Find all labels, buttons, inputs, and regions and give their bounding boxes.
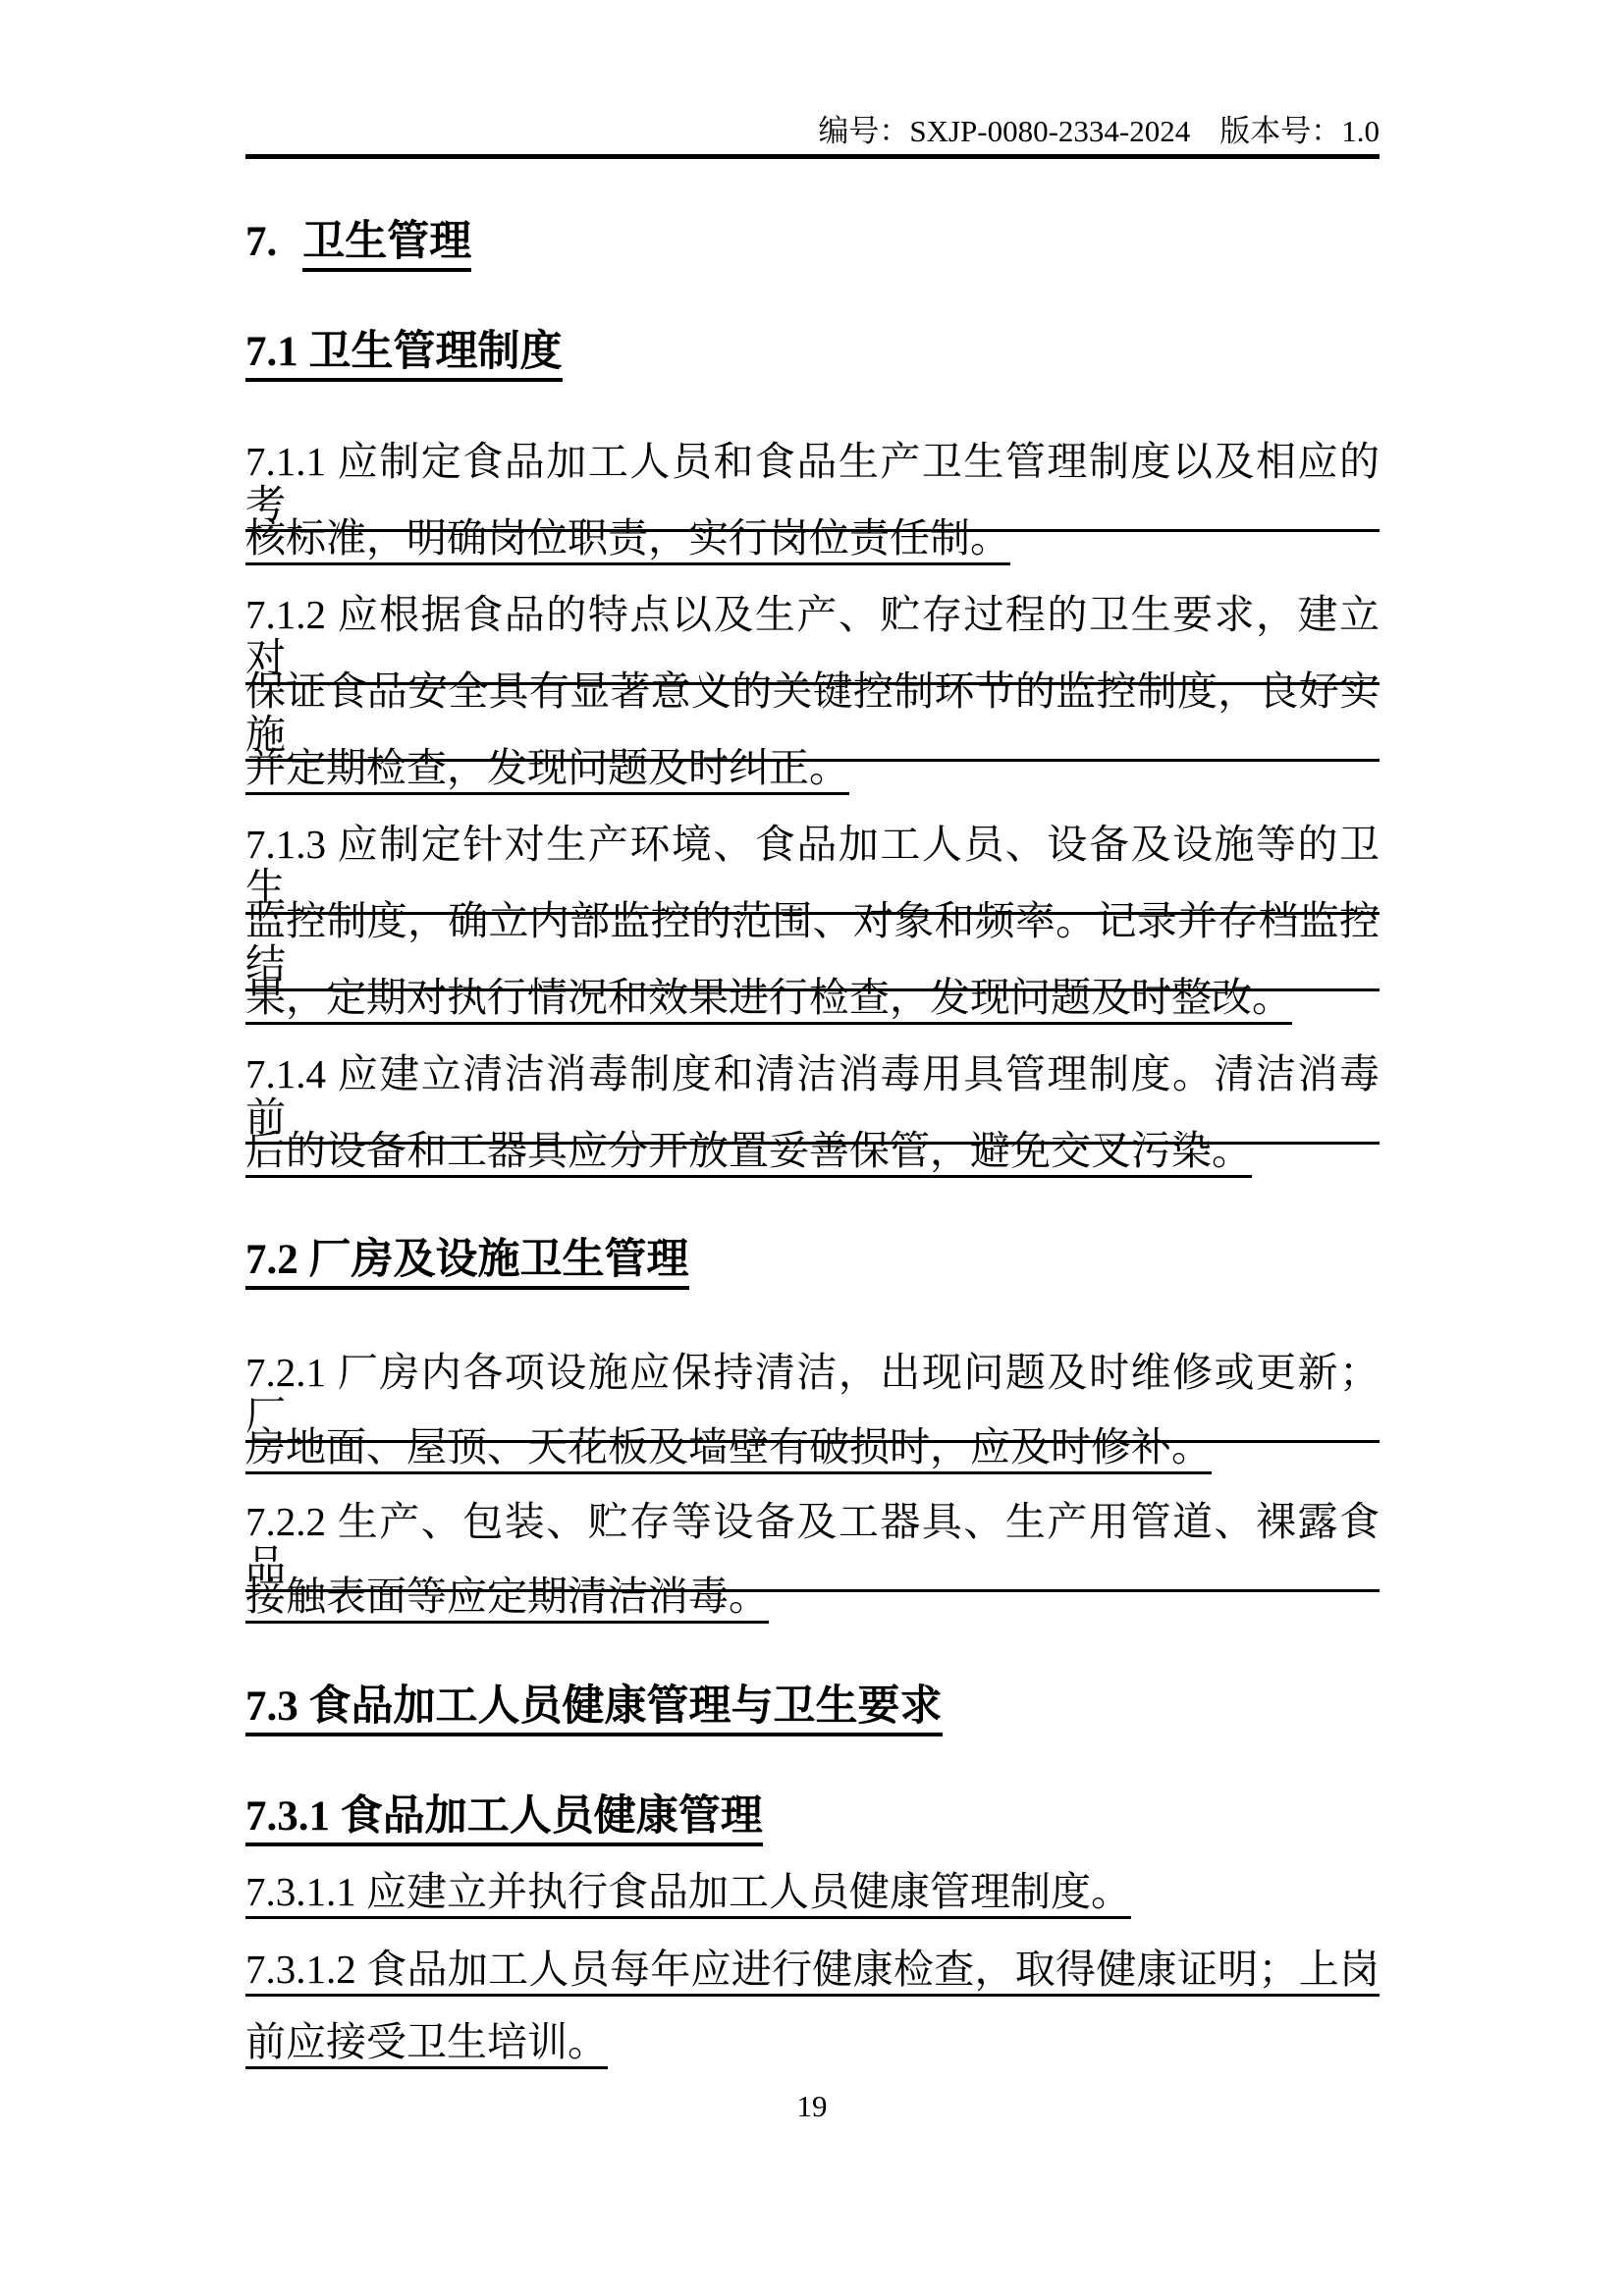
heading-7-3-1: 7.3.1 食品加工人员健康管理 bbox=[245, 1794, 763, 1846]
heading-7-title: 卫生管理 bbox=[302, 220, 471, 272]
para-7-1-3-line-3: 果，定期对执行情况和效果进行检查，发现问题及时整改。 bbox=[245, 976, 1292, 1025]
heading-7-1: 7.1 卫生管理制度 bbox=[245, 330, 563, 382]
para-7-3-1-2-line-1: 7.3.1.2 食品加工人员每年应进行健康检查，取得健康证明；上岗 bbox=[245, 1948, 1380, 1997]
heading-7-2: 7.2 厂房及设施卫生管理 bbox=[245, 1238, 689, 1290]
heading-7-number: 7. bbox=[245, 220, 277, 265]
para-7-2-1-line-2: 房地面、屋顶、天花板及墙壁有破损时，应及时修补。 bbox=[245, 1425, 1212, 1474]
doc-version: 版本号：1.0 bbox=[1219, 114, 1380, 148]
para-7-1-2-line-3: 并定期检查，发现问题及时纠正。 bbox=[245, 746, 849, 795]
header-rule bbox=[245, 154, 1380, 159]
doc-number: 编号：SXJP-0080-2334-2024 bbox=[818, 114, 1190, 148]
page-header: 编号：SXJP-0080-2334-2024版本号：1.0 bbox=[245, 114, 1380, 149]
para-7-3-1-1-line-1: 7.3.1.1 应建立并执行食品加工人员健康管理制度。 bbox=[245, 1870, 1131, 1919]
document-page: 编号：SXJP-0080-2334-2024版本号：1.0 7.卫生管理 7.1… bbox=[0, 0, 1624, 2296]
para-7-3-1-2-line-2: 前应接受卫生培训。 bbox=[245, 2020, 608, 2069]
page-number: 19 bbox=[0, 2089, 1624, 2124]
heading-7-3: 7.3 食品加工人员健康管理与卫生要求 bbox=[245, 1684, 943, 1736]
para-7-1-4-line-2: 后的设备和工器具应分开放置妥善保管，避免交叉污染。 bbox=[245, 1129, 1252, 1178]
heading-7: 7.卫生管理 bbox=[245, 220, 471, 272]
para-7-1-1-line-2: 核标准，明确岗位职责，实行岗位责任制。 bbox=[245, 516, 1010, 565]
para-7-2-2-line-2: 接触表面等应定期清洁消毒。 bbox=[245, 1575, 769, 1624]
